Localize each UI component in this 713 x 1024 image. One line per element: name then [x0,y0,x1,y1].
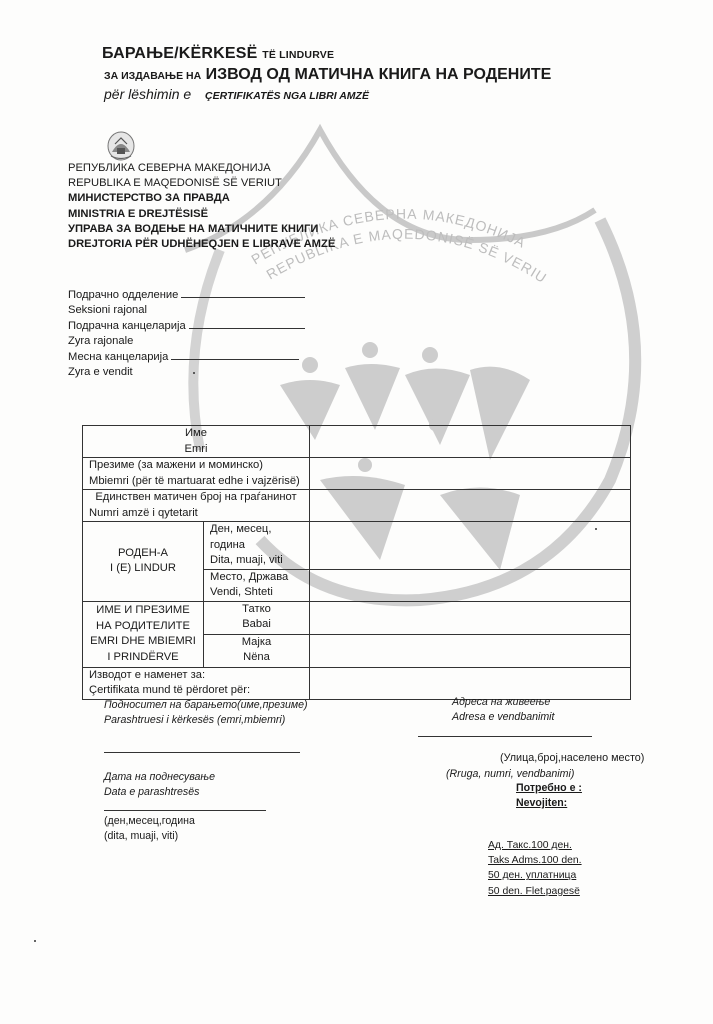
born-group-cell: РОДЕН-А I (E) LINDUR [83,522,204,602]
parents-group-cell: ИМЕ И ПРЕЗИМЕ НА РОДИТЕЛИТЕ EMRI DHE MBI… [83,601,204,667]
name-label-mk: Име [89,426,303,442]
regional-department-field[interactable] [181,288,305,298]
parents-label-mk-1: ИМЕ И ПРЕЗИМЕ [89,603,197,619]
birth-date-field[interactable] [310,522,631,570]
father-label-mk: Татко [210,602,303,618]
table-row: Презиме (за мажени и моминско) Mbiemri (… [83,458,631,490]
surname-label-mk: Презиме (за мажени и моминско) [89,458,303,474]
applicant-name-field[interactable] [104,752,300,753]
id-number-label-cell: Единствен матичен број на граѓанинот Num… [83,490,310,522]
name-field[interactable] [310,426,631,458]
mother-label-mk: Мајка [210,635,303,651]
document-title-line-3: për lëshimin e ÇERTIFIKATËS NGA LIBRI AM… [104,86,369,102]
birth-place-label-cell: Место, Држава Vendi, Shteti [204,569,310,601]
fee-item: 50 den. Flet.pagesë [488,884,582,899]
id-number-label-sq: Numri amzë i qytetarit [89,506,303,522]
table-row: РОДЕН-А I (E) LINDUR Ден, месец, година … [83,522,631,570]
title-births-label: TË LINDURVE [262,49,334,61]
applicant-label-mk: Подносител на барањето(име,презиме) [104,698,308,713]
purpose-label-sq: Çertifikata mund të përdoret për: [89,683,303,699]
local-office-field[interactable] [171,350,299,360]
regional-office-label: Подрачна канцеларија [68,320,186,332]
father-label-sq: Babai [210,617,303,633]
requirements-list: Ад. Такс.100 ден. Taks Adms.100 den. 50 … [488,838,582,899]
purpose-label-mk: Изводот е наменет за: [89,668,303,684]
submission-date-field[interactable] [104,810,266,811]
fee-item: Taks Adms.100 den. [488,853,582,868]
birth-date-label-sq: Dita, muaji, viti [210,553,303,569]
fee-item: 50 ден. уплатница [488,868,582,883]
fee-item: Ад. Такс.100 ден. [488,838,582,853]
scan-speck [34,940,36,942]
requirements-heading-mk: Потребно е : [516,782,582,794]
regional-office-sq-label: Zyra rajonale [68,334,305,349]
parents-label-sq-2: I PRINDËRVE [89,650,197,666]
id-number-label-mk: Единствен матичен број на граѓанинот [89,490,303,506]
scan-speck [193,372,195,374]
institution-header: РЕПУБЛИКА СЕВЕРНА МАКЕДОНИЈА REPUBLIKA E… [68,161,335,252]
birth-date-label-mk: Ден, месец, година [210,522,303,553]
father-field[interactable] [310,601,631,634]
title-request-label: БАРАЊЕ/KËRKESË [102,45,258,62]
document-title-line-1: БАРАЊЕ/KËRKESË TË LINDURVE [102,45,334,63]
document-title-line-2: ЗА ИЗДАВАЊЕ НА ИЗВОД ОД МАТИЧНА КНИГА НА… [104,66,551,84]
date-format-hint-mk: (ден,месец,година [104,814,195,829]
submission-date-label-mk: Дата на поднесување [104,770,215,785]
local-office-sq-label: Zyra e vendit [68,365,305,380]
address-field[interactable] [418,736,592,737]
title-issuance-label: ЗА ИЗДАВАЊЕ НА [104,70,201,82]
name-label-sq: Emri [89,442,303,458]
name-label-cell: Име Emri [83,426,310,458]
birth-place-field[interactable] [310,569,631,601]
institution-line: РЕПУБЛИКА СЕВЕРНА МАКЕДОНИЈА [68,161,335,176]
address-hint-mk: (Улица,број,населено место) [500,752,644,764]
applicant-label: Подносител на барањето(име,презиме) Para… [104,698,308,728]
born-label-mk: РОДЕН-А [89,546,197,562]
table-row: Единствен матичен број на граѓанинот Num… [83,490,631,522]
office-fields: Подрачно одделение Seksioni rajonal Подр… [68,288,305,380]
submission-date-hint: (ден,месец,година (dita, muaji, viti) [104,814,195,843]
address-label-sq: Adresa e vendbanimit [452,710,554,725]
institution-line: МИНИСТЕРСТВО ЗА ПРАВДА [68,191,335,206]
submission-date-label: Дата на поднесување Data e parashtresës [104,770,215,800]
personal-data-table: Име Emri Презиме (за мажени и моминско) … [82,425,631,700]
institution-line: MINISTRIA E DREJTËSISË [68,207,335,222]
institution-line: REPUBLIKA E MAQEDONISË SË VERIUT [68,176,335,191]
parents-label-mk-2: НА РОДИТЕЛИТЕ [89,619,197,635]
title-issuance-sq: për lëshimin e [104,86,191,102]
state-coat-of-arms-icon [106,130,136,162]
institution-line: УПРАВА ЗА ВОДЕЊЕ НА МАТИЧНИТЕ КНИГИ [68,222,335,237]
title-certificate-sq: ÇERTIFIKATËS NGA LIBRI AMZË [205,90,369,102]
institution-line: DREJTORIA PËR UDHËHEQJEN E LIBRAVE AMZË [68,237,335,252]
surname-label-cell: Презиме (за мажени и моминско) Mbiemri (… [83,458,310,490]
regional-section-label: Seksioni rajonal [68,303,305,318]
mother-label-cell: Мајка Nëna [204,634,310,667]
id-number-field[interactable] [310,490,631,522]
mother-field[interactable] [310,634,631,667]
born-label-sq: I (E) LINDUR [89,561,197,577]
purpose-label-cell: Изводот е наменет за: Çertifikata mund t… [83,667,310,699]
birth-place-label-sq: Vendi, Shteti [210,585,303,601]
regional-department-label: Подрачно одделение [68,289,178,301]
regional-office-field[interactable] [189,319,305,329]
address-hint-sq: (Rruga, numri, vendbanimi) [446,767,574,782]
address-label: Адреса на живеење Adresa e vendbanimit [452,695,554,725]
surname-label-sq: Mbiemri (për të martuarat edhe i vajzëri… [89,474,303,490]
requirements-heading-sq: Nevojiten: [516,797,567,809]
submission-date-label-sq: Data e parashtresës [104,785,215,800]
surname-field[interactable] [310,458,631,490]
address-label-mk: Адреса на живеење [452,695,554,710]
birth-date-label-cell: Ден, месец, година Dita, muaji, viti [204,522,310,570]
father-label-cell: Татко Babai [204,601,310,634]
table-row: ИМЕ И ПРЕЗИМЕ НА РОДИТЕЛИТЕ EMRI DHE MBI… [83,601,631,634]
local-office-label: Месна канцеларија [68,351,168,363]
title-certificate-mk: ИЗВОД ОД МАТИЧНА КНИГА НА РОДЕНИТЕ [206,66,552,83]
applicant-label-sq: Parashtruesi i kërkesës (emri,mbiemri) [104,713,308,728]
mother-label-sq: Nëna [210,650,303,666]
table-row: Име Emri [83,426,631,458]
date-format-hint-sq: (dita, muaji, viti) [104,829,195,844]
parents-label-sq-1: EMRI DHE MBIEMRI [89,634,197,650]
birth-place-label-mk: Место, Држава [210,570,303,586]
scan-speck [595,528,597,530]
